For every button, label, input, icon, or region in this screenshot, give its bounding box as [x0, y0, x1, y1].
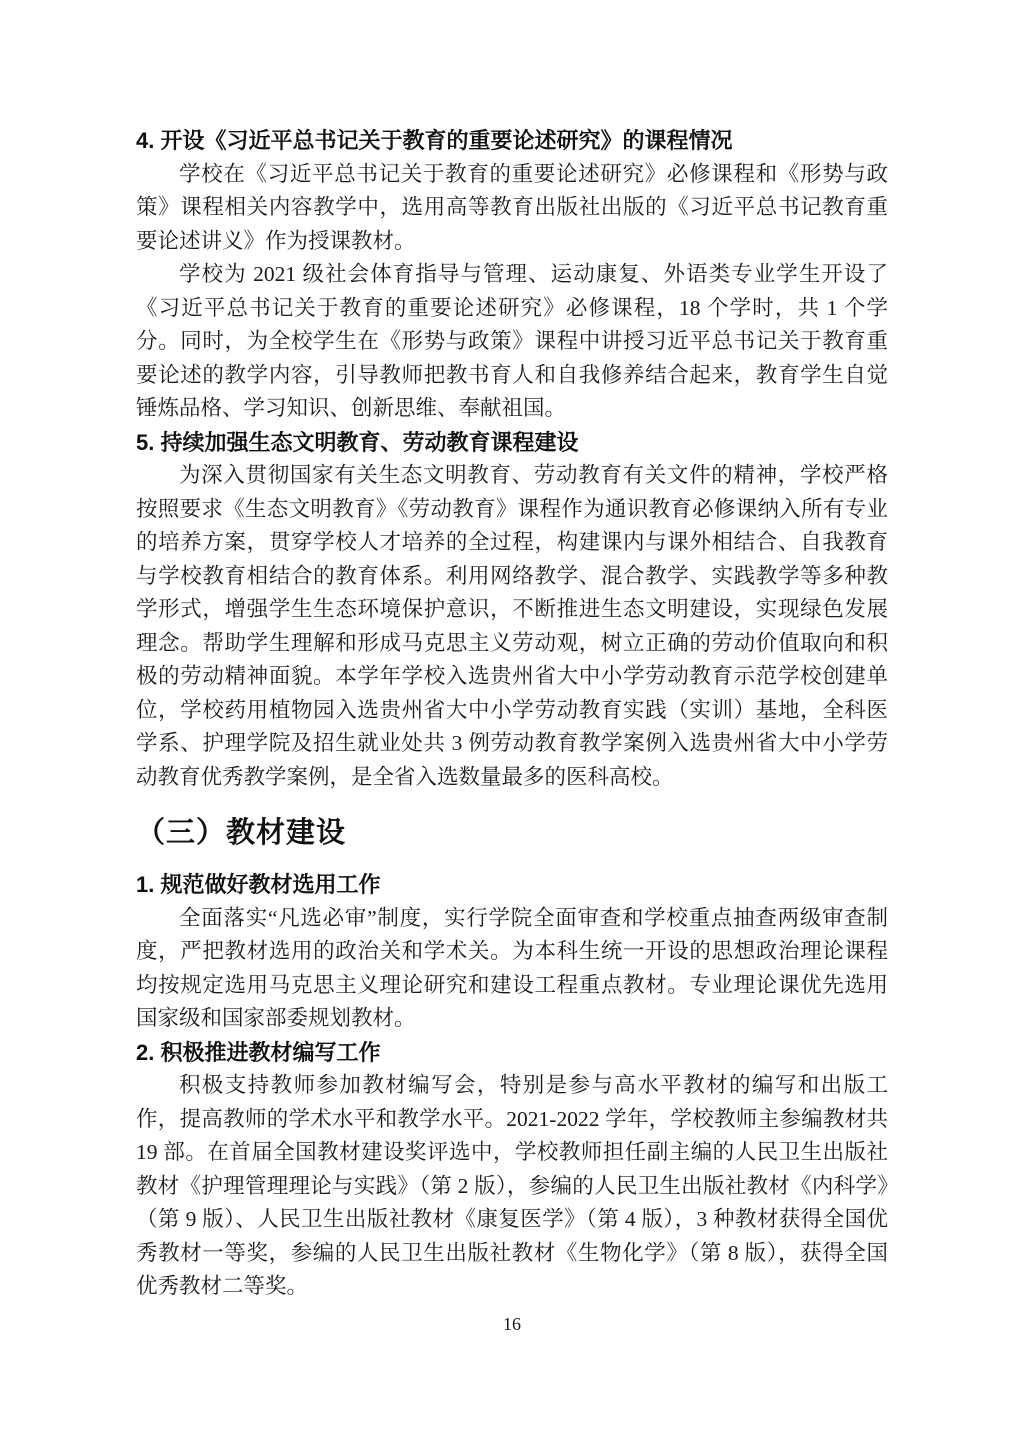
paragraph-textbook-selection: 全面落实“凡选必审”制度，实行学院全面审查和学校重点抽查两级审查制度，严把教材选… [136, 902, 888, 1036]
section-heading-textbook-construction: （三）教材建设 [136, 813, 888, 853]
page-footer: 16 [0, 1314, 1024, 1335]
paragraph-course-details: 学校为 2021 级社会体育指导与管理、运动康复、外语类专业学生开设了《习近平总… [136, 258, 888, 426]
document-page: 4. 开设《习近平总书记关于教育的重要论述研究》的课程情况 学校在《习近平总书记… [0, 0, 1024, 1448]
paragraph-textbook-compilation: 积极支持教师参加教材编写会，特别是参与高水平教材的编写和出版工作，提高教师的学术… [136, 1069, 888, 1304]
paragraph-eco-labor-education: 为深入贯彻国家有关生态文明教育、劳动教育有关文件的精神，学校严格按照要求《生态文… [136, 459, 888, 794]
paragraph-course-textbook: 学校在《习近平总书记关于教育的重要论述研究》必修课程和《形势与政策》课程相关内容… [136, 158, 888, 259]
heading-textbook-selection: 1. 规范做好教材选用工作 [136, 868, 888, 902]
heading-eco-labor-education: 5. 持续加强生态文明教育、劳动教育课程建设 [136, 426, 888, 460]
page-content: 4. 开设《习近平总书记关于教育的重要论述研究》的课程情况 学校在《习近平总书记… [136, 124, 888, 1304]
heading-course-offering: 4. 开设《习近平总书记关于教育的重要论述研究》的课程情况 [136, 124, 888, 158]
page-number: 16 [503, 1314, 521, 1334]
heading-textbook-compilation: 2. 积极推进教材编写工作 [136, 1036, 888, 1070]
